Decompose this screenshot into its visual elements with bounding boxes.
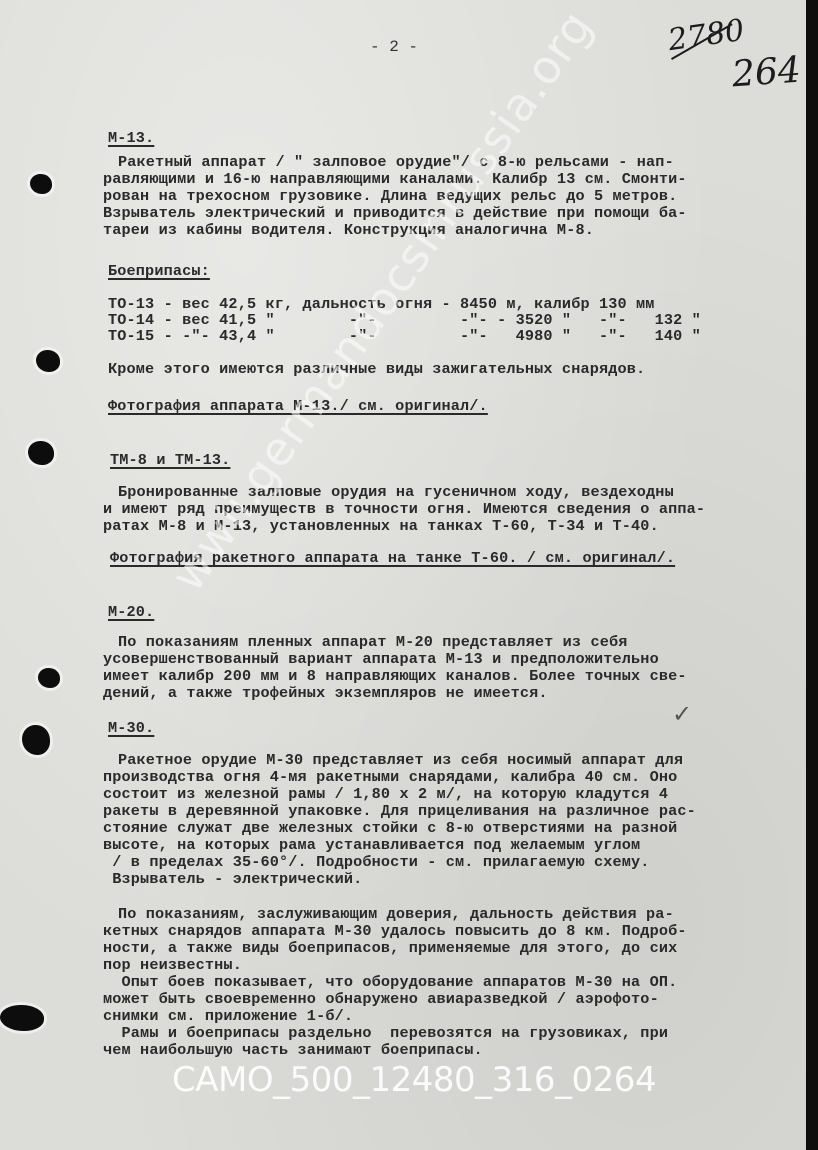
m13-line: равляющими и 16-ю направляющими каналами… xyxy=(103,171,687,188)
m30-line: производства огня 4-мя ракетными снаряда… xyxy=(103,769,677,786)
m30-line: ракеты в деревянной упаковке. Для прицел… xyxy=(103,803,696,820)
m30-line: По показаниям, заслуживающим доверия, да… xyxy=(118,906,674,923)
m30-line: стояние служат две железных стойки с 8-ю… xyxy=(103,820,677,837)
m20-line: дений, а также трофейных экземпляров не … xyxy=(103,685,548,702)
ammo-row: ТО-15 - -"- 43,4 " -"- -"- 4980 " -"- 14… xyxy=(108,328,701,345)
m13-line: Взрыватель электрический и приводится в … xyxy=(103,205,687,222)
ammo-heading: Боеприпасы: xyxy=(108,263,210,280)
m20-line: По показаниям пленных аппарат М-20 предс… xyxy=(118,634,628,651)
section-heading-m20: М-20. xyxy=(108,604,154,621)
m30-line: кетных снарядов аппарата М-30 удалось по… xyxy=(103,923,687,940)
section-heading-tm: ТМ-8 и ТМ-13. xyxy=(110,452,230,469)
punch-hole xyxy=(30,174,52,194)
page-number: - 2 - xyxy=(370,38,418,56)
m30-line: Рамы и боеприпасы раздельно перевозятся … xyxy=(103,1025,668,1042)
m20-line: имеет калибр 200 мм и 8 направляющих кан… xyxy=(103,668,687,685)
m13-line: тареи из кабины водителя. Конструкция ан… xyxy=(103,222,594,239)
m30-line: снимки см. приложение 1-б/. xyxy=(103,1008,353,1025)
m30-line: ности, а также виды боеприпасов, применя… xyxy=(103,940,677,957)
m30-line: пор неизвестны. xyxy=(103,957,242,974)
m30-line: Ракетное орудие М-30 представляет из себ… xyxy=(118,752,683,769)
m20-line: усовершенствованный вариант аппарата М-1… xyxy=(103,651,659,668)
m13-line: рован на трехосном грузовике. Длина веду… xyxy=(103,188,677,205)
archive-id-stamp: CAMO_500_12480_316_0264 xyxy=(172,1060,656,1100)
ammo-note: Кроме этого имеются различные виды зажиг… xyxy=(108,361,645,378)
handwritten-folio-number: 264 xyxy=(731,50,802,96)
scan-border xyxy=(806,0,818,1150)
m30-line: Опыт боев показывает, что оборудование а… xyxy=(103,974,677,991)
tm-line: и имеют ряд преимуществ в точности огня.… xyxy=(103,501,705,518)
m30-line: может быть своевременно обнаружено авиар… xyxy=(103,991,659,1008)
punch-hole xyxy=(22,725,50,755)
section-heading-m30: М-30. xyxy=(108,720,154,737)
punch-hole xyxy=(36,350,60,372)
tm-line: Бронированные залповые орудия на гусенич… xyxy=(118,484,674,501)
punch-hole xyxy=(0,1005,44,1031)
handwritten-old-folio-number: 2780 xyxy=(666,13,746,58)
check-mark: ✓ xyxy=(672,700,692,728)
m13-line: Ракетный аппарат / " залповое орудие"/ с… xyxy=(118,154,674,171)
punch-hole xyxy=(38,668,60,688)
section-heading-m13: М-13. xyxy=(108,130,154,147)
m30-line: / в пределах 35-60°/. Подробности - см. … xyxy=(103,854,650,871)
m30-line: чем наибольшую часть занимают боеприпасы… xyxy=(103,1042,483,1059)
document-page: - 2 - 2780 264 М-13. Ракетный аппарат / … xyxy=(0,0,806,1150)
m30-line: высоте, на которых рама устанавливается … xyxy=(103,837,640,854)
m30-line: состоит из железной рамы / 1,80 х 2 м/, … xyxy=(103,786,668,803)
punch-hole xyxy=(28,441,54,465)
m30-line: Взрыватель - электрический. xyxy=(103,871,362,888)
